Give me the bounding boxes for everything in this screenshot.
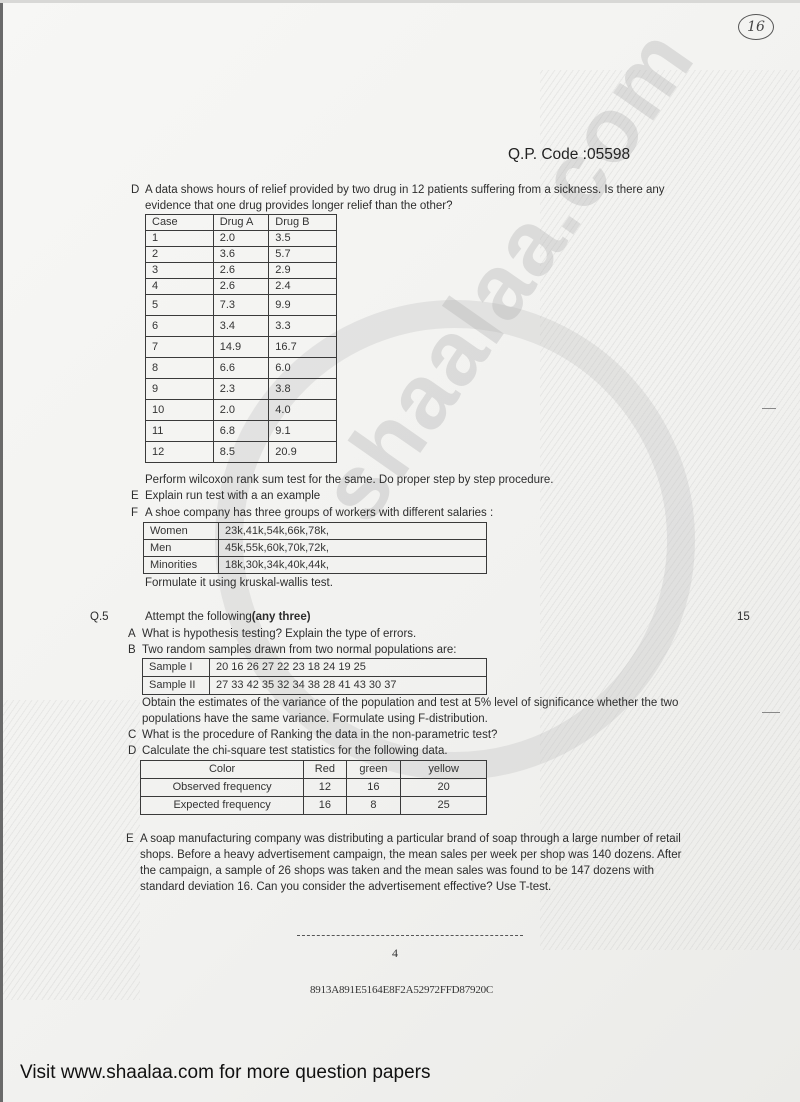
table-cell: 3.4	[213, 316, 269, 337]
scan-edge	[0, 0, 3, 1102]
table-row: 42.62.4	[146, 279, 337, 295]
table-cell: 16	[304, 797, 346, 815]
question-label-e: E	[131, 488, 139, 505]
table-cell: 2.6	[213, 279, 269, 295]
table-cell: 16	[346, 779, 401, 797]
q5-e-line3: the campaign, a sample of 26 shops was t…	[140, 863, 654, 880]
table-cell: 2.9	[269, 263, 337, 279]
question-d-instruction: Perform wilcoxon rank sum test for the s…	[145, 472, 553, 489]
table-cell: 3	[146, 263, 214, 279]
table-cell: 18k,30k,34k,40k,44k,	[219, 557, 487, 574]
table-cell: 20	[401, 779, 487, 797]
table-cell: 2.0	[213, 400, 269, 421]
handwritten-page-mark: 16	[738, 14, 774, 40]
table-cell: 12	[304, 779, 346, 797]
question-e-text: Explain run test with a an example	[145, 488, 320, 505]
q5-b-after-line2: populations have the same variance. Form…	[142, 711, 488, 728]
question-d-text-line1: A data shows hours of relief provided by…	[145, 182, 664, 199]
margin-mark	[762, 408, 776, 409]
table-cell: Color	[141, 761, 304, 779]
page-number: 4	[392, 946, 398, 961]
table-cell: 16.7	[269, 337, 337, 358]
table-cell: 4.0	[269, 400, 337, 421]
q5-label-d: D	[128, 743, 136, 760]
table-cell: Men	[144, 540, 219, 557]
table-cell: 20 16 26 27 22 23 18 24 19 25	[210, 659, 487, 677]
table-cell: 6.8	[213, 421, 269, 442]
table-row: 23.65.7	[146, 247, 337, 263]
table-cell: 10	[146, 400, 214, 421]
q5-e-line1: A soap manufacturing company was distrib…	[140, 831, 681, 848]
table-cell: 2.6	[213, 263, 269, 279]
table-cell: 2	[146, 247, 214, 263]
table-cell: 11	[146, 421, 214, 442]
q5-a-text: What is hypothesis testing? Explain the …	[142, 626, 416, 643]
q5-label-c: C	[128, 727, 136, 744]
table-cell: Women	[144, 523, 219, 540]
salary-table: Women23k,41k,54k,66k,78k,Men45k,55k,60k,…	[143, 522, 487, 574]
table-row: 32.62.9	[146, 263, 337, 279]
table-row: 116.89.1	[146, 421, 337, 442]
table-cell: 5	[146, 295, 214, 316]
table-row: Men45k,55k,60k,70k,72k,	[144, 540, 487, 557]
table-row: 12.03.5	[146, 231, 337, 247]
q5-label-a: A	[128, 626, 136, 643]
q5-d-text: Calculate the chi-square test statistics…	[142, 743, 448, 760]
table-row: Sample II27 33 42 35 32 34 38 28 41 43 3…	[143, 677, 487, 695]
q5-e-line4: standard deviation 16. Can you consider …	[140, 879, 551, 896]
table-cell: 4	[146, 279, 214, 295]
q5-c-text: What is the procedure of Ranking the dat…	[142, 727, 497, 744]
q5-heading-plain: Attempt the following	[145, 611, 252, 623]
table-cell: Red	[304, 761, 346, 779]
table-cell: 9	[146, 379, 214, 400]
question-d-text-line2: evidence that one drug provides longer r…	[145, 198, 453, 215]
drug-relief-table: CaseDrug ADrug B12.03.523.65.732.62.942.…	[145, 214, 337, 463]
table-row: 714.916.7	[146, 337, 337, 358]
table-cell: Observed frequency	[141, 779, 304, 797]
qp-code: Q.P. Code :05598	[508, 146, 630, 164]
table-cell: Minorities	[144, 557, 219, 574]
table-cell: 3.5	[269, 231, 337, 247]
table-cell: 27 33 42 35 32 34 38 28 41 43 30 37	[210, 677, 487, 695]
table-cell: 20.9	[269, 442, 337, 463]
table-cell: 8	[146, 358, 214, 379]
table-row: ColorRedgreenyellow	[141, 761, 487, 779]
table-cell: 7	[146, 337, 214, 358]
scan-edge-top	[0, 0, 800, 3]
question-label-d: D	[131, 182, 139, 199]
q5-b-text: Two random samples drawn from two normal…	[142, 642, 456, 659]
q5-marks: 15	[737, 609, 750, 626]
table-cell: Expected frequency	[141, 797, 304, 815]
table-cell: 7.3	[213, 295, 269, 316]
q5-label-e: E	[126, 831, 134, 848]
table-cell: 9.9	[269, 295, 337, 316]
hash-code: 8913A891E5164E8F2A52972FFD87920C	[310, 984, 493, 996]
table-cell: 2.3	[213, 379, 269, 400]
table-cell: 1	[146, 231, 214, 247]
table-row: Sample I20 16 26 27 22 23 18 24 19 25	[143, 659, 487, 677]
table-cell: Sample I	[143, 659, 210, 677]
table-row: 128.520.9	[146, 442, 337, 463]
q5-e-line2: shops. Before a heavy advertisement camp…	[140, 847, 681, 864]
chi-square-table: ColorRedgreenyellowObserved frequency121…	[140, 760, 487, 815]
table-cell: Drug A	[213, 215, 269, 231]
table-cell: 45k,55k,60k,70k,72k,	[219, 540, 487, 557]
table-row: CaseDrug ADrug B	[146, 215, 337, 231]
table-row: 57.39.9	[146, 295, 337, 316]
table-row: Minorities18k,30k,34k,40k,44k,	[144, 557, 487, 574]
table-cell: green	[346, 761, 401, 779]
table-row: 92.33.8	[146, 379, 337, 400]
table-row: 86.66.0	[146, 358, 337, 379]
margin-mark	[762, 712, 780, 713]
table-cell: 8.5	[213, 442, 269, 463]
q5-label-b: B	[128, 642, 136, 659]
question-number-q5: Q.5	[90, 609, 109, 626]
end-divider	[297, 935, 523, 936]
table-cell: 25	[401, 797, 487, 815]
table-cell: 3.8	[269, 379, 337, 400]
question-f-text: A shoe company has three groups of worke…	[145, 505, 493, 522]
table-row: Observed frequency121620	[141, 779, 487, 797]
q5-heading: Attempt the following(any three)	[145, 609, 311, 626]
table-cell: yellow	[401, 761, 487, 779]
table-row: 102.04.0	[146, 400, 337, 421]
table-row: 63.43.3	[146, 316, 337, 337]
table-cell: 23k,41k,54k,66k,78k,	[219, 523, 487, 540]
table-cell: 8	[346, 797, 401, 815]
table-cell: 5.7	[269, 247, 337, 263]
background-hatch-left	[0, 700, 140, 1000]
table-cell: Case	[146, 215, 214, 231]
table-cell: 14.9	[213, 337, 269, 358]
table-cell: 3.6	[213, 247, 269, 263]
question-label-f: F	[131, 505, 138, 522]
exam-page: shaalaa.com 16 Q.P. Code :05598 D A data…	[0, 0, 800, 1102]
table-cell: 2.0	[213, 231, 269, 247]
table-row: Expected frequency16825	[141, 797, 487, 815]
table-cell: 6.0	[269, 358, 337, 379]
footer-link-text[interactable]: Visit www.shaalaa.com for more question …	[20, 1062, 430, 1084]
table-cell: Drug B	[269, 215, 337, 231]
table-cell: 2.4	[269, 279, 337, 295]
samples-table: Sample I20 16 26 27 22 23 18 24 19 25Sam…	[142, 658, 487, 695]
table-cell: 9.1	[269, 421, 337, 442]
table-cell: 6	[146, 316, 214, 337]
table-cell: 3.3	[269, 316, 337, 337]
table-row: Women23k,41k,54k,66k,78k,	[144, 523, 487, 540]
question-f-instruction: Formulate it using kruskal-wallis test.	[145, 575, 333, 592]
q5-heading-bold: (any three)	[252, 611, 311, 623]
table-cell: 6.6	[213, 358, 269, 379]
q5-b-after-line1: Obtain the estimates of the variance of …	[142, 695, 678, 712]
table-cell: 12	[146, 442, 214, 463]
table-cell: Sample II	[143, 677, 210, 695]
